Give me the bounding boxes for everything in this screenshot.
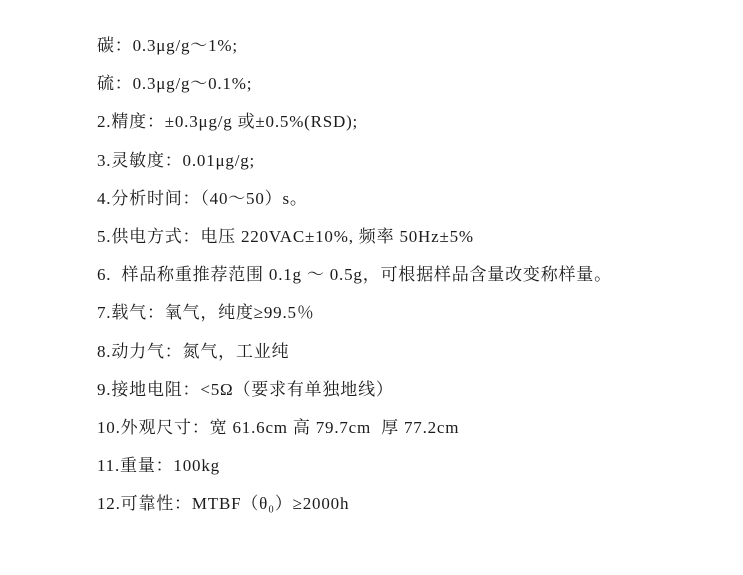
spec-line-sulfur-range: 硫：0.3μg/g～0.1%; (97, 65, 715, 103)
spec-line-carbon-range: 碳：0.3μg/g～1%; (97, 27, 715, 65)
spec-line-precision: 2.精度：±0.3μg/g 或±0.5%(RSD); (97, 103, 715, 141)
spec-line-ground-resistance: 9.接地电阻：<5Ω（要求有单独地线） (97, 371, 715, 409)
spec-line-power-supply: 5.供电方式：电压 220VAC±10%, 频率 50Hz±5% (97, 218, 715, 256)
spec-line-dimensions: 10.外观尺寸：宽 61.6cm 高 79.7cm 厚 77.2cm (97, 409, 715, 447)
document-page: 碳：0.3μg/g～1%; 硫：0.3μg/g～0.1%; 2.精度：±0.3μ… (0, 0, 743, 575)
spec-line-carrier-gas: 7.载气：氧气，纯度≥99.5％ (97, 294, 715, 332)
spec-line-power-gas: 8.动力气：氮气，工业纯 (97, 333, 715, 371)
spec-line-weight: 11.重量：100kg (97, 447, 715, 485)
spec-line-analysis-time: 4.分析时间：（40～50）s。 (97, 180, 715, 218)
spec-line-reliability: 12.可靠性：MTBF（θ₀）≥2000h (97, 485, 715, 523)
spec-line-sample-weight: 6. 样品称重推荐范围 0.1g ～ 0.5g，可根据样品含量改变称样量。 (97, 256, 715, 294)
spec-line-sensitivity: 3.灵敏度：0.01μg/g; (97, 142, 715, 180)
